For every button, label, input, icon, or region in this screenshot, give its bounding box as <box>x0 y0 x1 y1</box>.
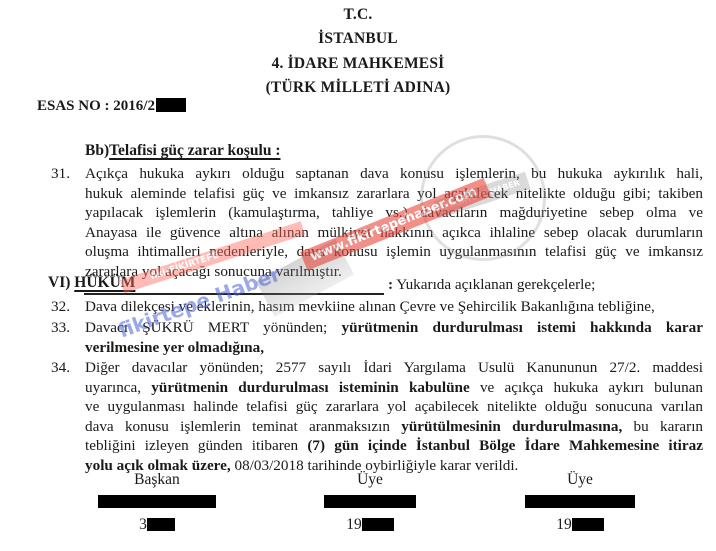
header-court: 4. İDARE MAHKEMESİ <box>0 55 716 73</box>
id-prefix: 3 <box>139 516 147 533</box>
paragraph-line: Dava dilekçesi ve eklerinin, hasım mevki… <box>85 297 703 317</box>
redaction-bar <box>362 518 394 531</box>
paragraph-line: oluşma ihtimalleri nedenleriyle, dava ko… <box>85 242 703 262</box>
redaction-bar <box>572 518 604 531</box>
signature-member-1: Üye 19 <box>300 471 440 534</box>
case-number-label: ESAS NO : <box>37 98 113 114</box>
paragraph-number: 34. <box>51 358 70 378</box>
paragraph-32: 32. Dava dilekçesi ve eklerinin, hasım m… <box>85 297 703 317</box>
text-normal: tebliğini izleyen günden itibaren <box>85 437 307 454</box>
paragraph-line: Diğer davacılar yönünden; 2577 sayılı İd… <box>85 358 703 378</box>
header-nation: (TÜRK MİLLETİ ADINA) <box>0 79 716 97</box>
hukum-heading: VI) HÜKÜM <box>48 274 135 292</box>
text-bold: yürütmenin durdurulması isteminin kabulü… <box>151 379 469 396</box>
id-prefix: 19 <box>346 516 362 533</box>
paragraph-number: 31. <box>51 164 70 184</box>
redaction-bar <box>156 98 186 112</box>
text-bold: (7) gün içinde İstanbul Bölge İdare Mahk… <box>307 437 703 454</box>
paragraph-number: 33. <box>51 318 70 338</box>
text-bold: yürütmenin durdurulması istemi hakkında … <box>341 319 703 336</box>
hukum-intro: : Yukarıda açıklanan gerekçelerle; <box>388 276 595 294</box>
redacted-name <box>324 495 416 508</box>
signature-member-2: Üye 19 <box>510 471 650 534</box>
text-normal: Davacı ŞÜKRÜ MERT yönünden; <box>85 319 341 336</box>
court-document-page: T.C. İSTANBUL 4. İDARE MAHKEMESİ (TÜRK M… <box>0 0 716 551</box>
text-normal: ve açıkça hukuka aykırı bulunan <box>470 379 703 396</box>
hukum-title: HÜKÜM <box>74 274 135 291</box>
id-prefix: 19 <box>556 516 572 533</box>
paragraph-34: 34. Diğer davacılar yönünden; 2577 sayıl… <box>85 358 703 475</box>
signature-role: Başkan <box>97 471 217 489</box>
signature-role: Üye <box>510 471 650 489</box>
redaction-bar <box>147 518 175 531</box>
subsection-prefix: Bb) <box>85 142 109 159</box>
case-number: ESAS NO : 2016/2 <box>37 98 186 115</box>
header-tc: T.C. <box>0 6 716 24</box>
paragraph-33: 33. Davacı ŞÜKRÜ MERT yönünden; yürütmen… <box>85 318 703 358</box>
redacted-name <box>98 495 216 508</box>
hukum-colon: : <box>388 276 393 293</box>
paragraph-line: dava konusu işlemlerin teminat aranmaksı… <box>85 417 703 437</box>
paragraph-line: yapılacak işlemlerin (kamulaştırma, tahl… <box>85 203 703 223</box>
paragraph-line: ve uygulanması halinde telafisi güç zara… <box>85 397 703 417</box>
paragraph-line: verilmesine yer olmadığına, <box>85 338 703 358</box>
hukum-number: VI) <box>48 274 70 291</box>
signature-id: 3 <box>97 516 217 534</box>
text-bold: yürütülmesinin durdurulmasına, <box>401 418 622 435</box>
redacted-name <box>525 495 635 508</box>
signature-id: 19 <box>510 516 650 534</box>
text-normal: bu kararın <box>622 418 703 435</box>
case-number-value: 2016/2 <box>113 98 155 114</box>
paragraph-line: hukuk aleminde telafisi güç ve imkansız … <box>85 184 703 204</box>
paragraph-line: Açıkça hukuka aykırı olduğu saptanan dav… <box>85 164 703 184</box>
paragraph-number: 32. <box>51 297 70 317</box>
header-city: İSTANBUL <box>0 30 716 48</box>
signature-role: Üye <box>300 471 440 489</box>
paragraph-line: Anayasa ile güvence altına alınan mülkiy… <box>85 223 703 243</box>
hukum-intro-text: Yukarıda açıklanan gerekçelerle; <box>396 276 595 293</box>
paragraph-line: Davacı ŞÜKRÜ MERT yönünden; yürütmenin d… <box>85 318 703 338</box>
paragraph-line: uyarınca, yürütmenin durdurulması istemi… <box>85 378 703 398</box>
paragraph-line: tebliğini izleyen günden itibaren (7) gü… <box>85 436 703 456</box>
text-normal: uyarınca, <box>85 379 151 396</box>
hukum-underline <box>84 293 384 295</box>
subsection-title: Telafisi güç zarar koşulu : <box>109 142 280 159</box>
signature-president: Başkan 3 <box>97 471 217 534</box>
signature-id: 19 <box>300 516 440 534</box>
text-normal: dava konusu işlemlerin teminat aranmaksı… <box>85 418 401 435</box>
subsection-heading: Bb)Telafisi güç zarar koşulu : <box>85 142 281 160</box>
paragraph-31: 31. Açıkça hukuka aykırı olduğu saptanan… <box>85 164 703 281</box>
